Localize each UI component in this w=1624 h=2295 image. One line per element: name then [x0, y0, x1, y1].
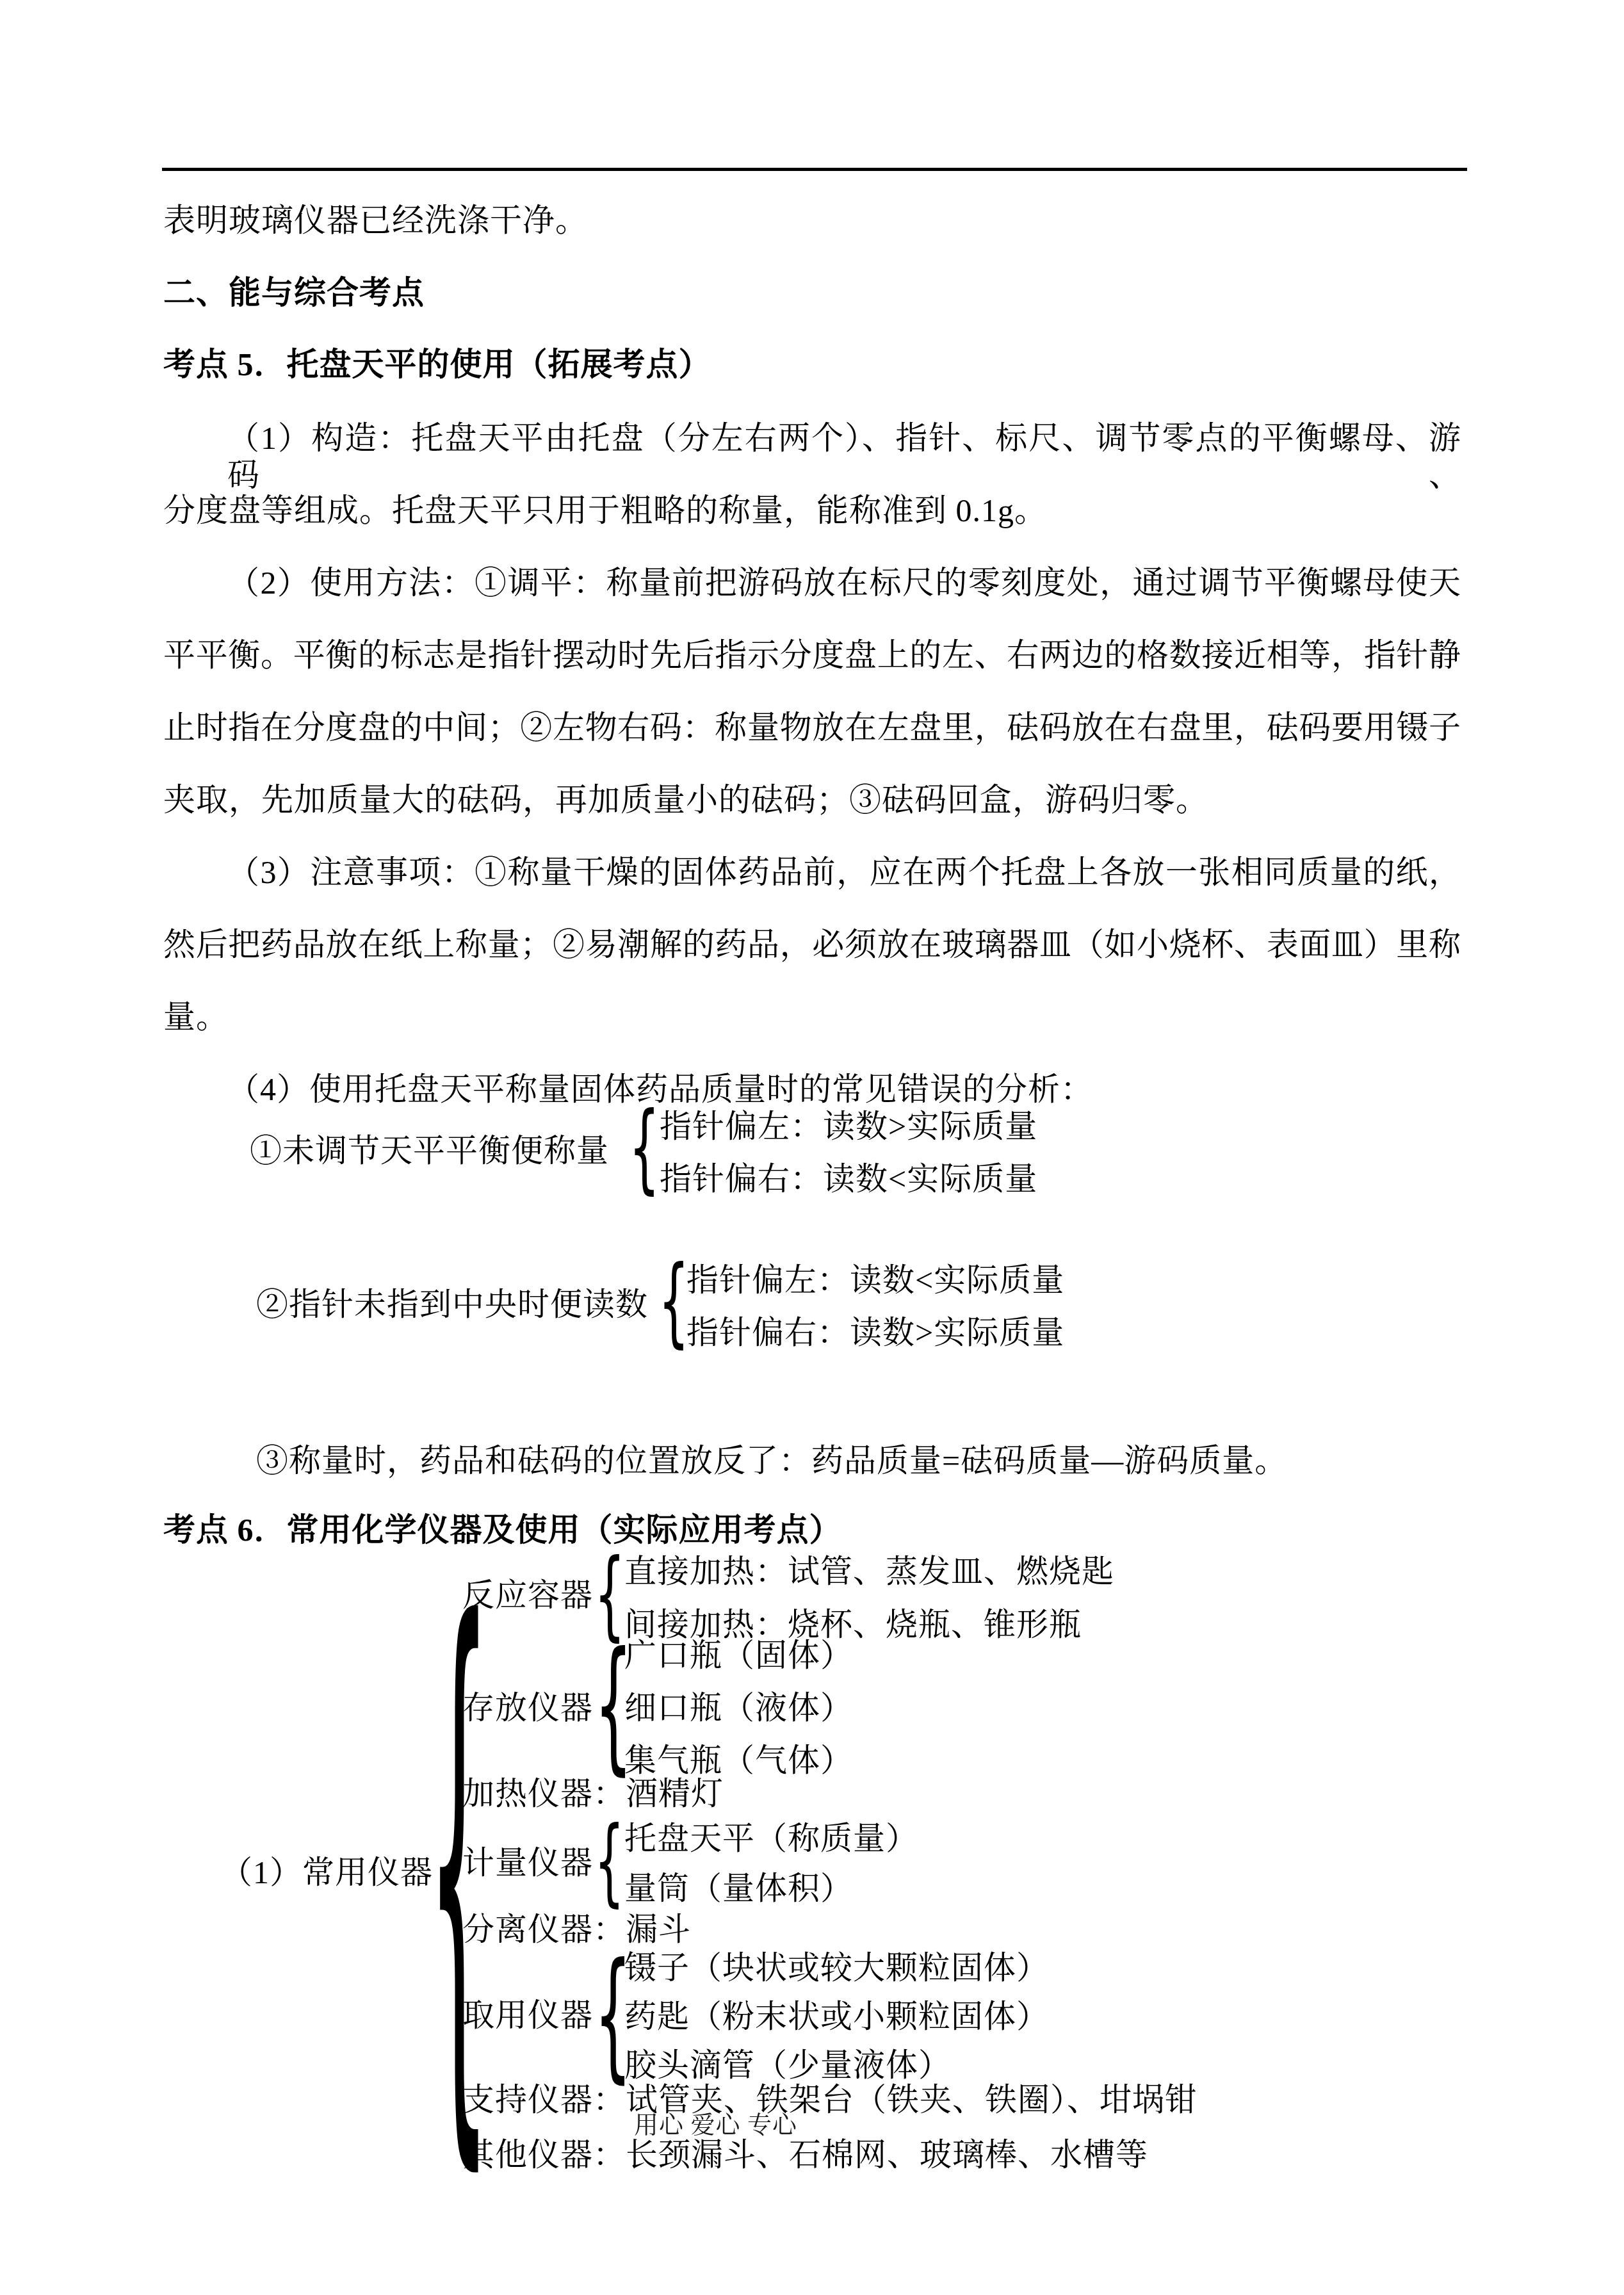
page-footer: 用心 爱心 专心 [634, 2112, 797, 2139]
diagram-others-line: 其他仪器：长颈漏斗、石棉网、玻璃棒、水槽等 [462, 2136, 1148, 2173]
diagram-root-label: （1）常用仪器 [220, 1854, 433, 1891]
error1-case-right: 指针偏右：读数<实际质量 [660, 1160, 1037, 1197]
diagram-reaction-label: 反应容器 [462, 1577, 593, 1614]
section-heading: 二、能与综合考点 [163, 274, 425, 311]
kp5-heading: 考点 5．托盘天平的使用（拓展考点） [163, 346, 711, 383]
diagram-taking-label: 取用仪器 [462, 1997, 593, 2034]
kp5-line-4: 平平衡。平衡的标志是指针摆动时先后指示分度盘上的左、右两边的格数接近相等，指针静 [163, 637, 1461, 674]
kp5-line-6: 夹取，先加质量大的砝码，再加质量小的砝码；③砝码回盒，游码归零。 [163, 781, 1208, 818]
diagram-storage-item-wide: 广口瓶（固体） [624, 1637, 853, 1674]
diagram-storage-item-gas: 集气瓶（气体） [624, 1742, 853, 1779]
document-page: { "doc": { "intro_line": "表明玻璃仪器已经洗涤干净。"… [0, 0, 1624, 2295]
diagram-support-line: 支持仪器：试管夹、铁架台（铁夹、铁圈）、坩埚钳 [462, 2081, 1198, 2118]
diagram-separation-line: 分离仪器：漏斗 [462, 1911, 691, 1948]
kp5-line-10: （4）使用托盘天平称量固体药品质量时的常见错误的分析： [227, 1071, 1093, 1108]
error1-brace: { [629, 1096, 660, 1199]
intro-line: 表明玻璃仪器已经洗涤干净。 [163, 202, 588, 239]
kp6-heading: 考点 6．常用化学仪器及使用（实际应用考点） [163, 1511, 842, 1548]
error1-case-left: 指针偏左：读数>实际质量 [660, 1108, 1037, 1145]
diagram-measuring-brace: { [594, 1812, 624, 1911]
header-rule [162, 168, 1467, 171]
kp5-line-5: 止时指在分度盘的中间；②左物右码：称量物放在左盘里，砝码放在右盘里，砝码要用镊子 [163, 709, 1461, 746]
kp5-line-3: （2）使用方法：①调平：称量前把游码放在标尺的零刻度处，通过调节平衡螺母使天 [227, 564, 1461, 601]
kp5-line-7: （3）注意事项：①称量干燥的固体药品前，应在两个托盘上各放一张相同质量的纸， [227, 854, 1461, 891]
error2-case-right: 指针偏右：读数>实际质量 [686, 1314, 1064, 1351]
diagram-measuring-item-cylinder: 量筒（量体积） [624, 1870, 853, 1907]
error2-label: ②指针未指到中央时便读数 [256, 1286, 648, 1323]
diagram-taking-item-spoon: 药匙（粉末状或小颗粒固体） [624, 1998, 1049, 2035]
diagram-storage-label: 存放仪器 [462, 1689, 593, 1726]
diagram-measuring-item-balance: 托盘天平（称质量） [624, 1820, 918, 1857]
kp5-line-8: 然后把药品放在纸上称量；②易潮解的药品，必须放在玻璃器皿（如小烧杯、表面皿）里称 [163, 926, 1461, 963]
diagram-measuring-label: 计量仪器 [462, 1844, 593, 1881]
diagram-storage-item-narrow: 细口瓶（液体） [624, 1689, 853, 1726]
diagram-reaction-item-direct: 直接加热：试管、蒸发皿、燃烧匙 [624, 1553, 1114, 1590]
kp5-error3-line: ③称量时，药品和砝码的位置放反了：药品质量=砝码质量—游码质量。 [256, 1442, 1287, 1479]
diagram-heating-line: 加热仪器：酒精灯 [462, 1775, 724, 1812]
error2-brace: { [658, 1250, 689, 1352]
error1-label: ①未调节天平平衡便称量 [250, 1132, 609, 1169]
kp5-line-2: 分度盘等组成。托盘天平只用于粗略的称量，能称准到 0.1g。 [163, 492, 1047, 529]
diagram-taking-item-dropper: 胶头滴管（少量液体） [624, 2047, 951, 2084]
error2-case-left: 指针偏左：读数<实际质量 [686, 1261, 1064, 1299]
kp5-line-9: 量。 [163, 998, 229, 1035]
kp5-line-1: （1）构造：托盘天平由托盘（分左右两个）、指针、标尺、调节零点的平衡螺母、游码、 [227, 419, 1461, 494]
diagram-taking-item-tweezers: 镊子（块状或较大颗粒固体） [624, 1949, 1049, 1986]
